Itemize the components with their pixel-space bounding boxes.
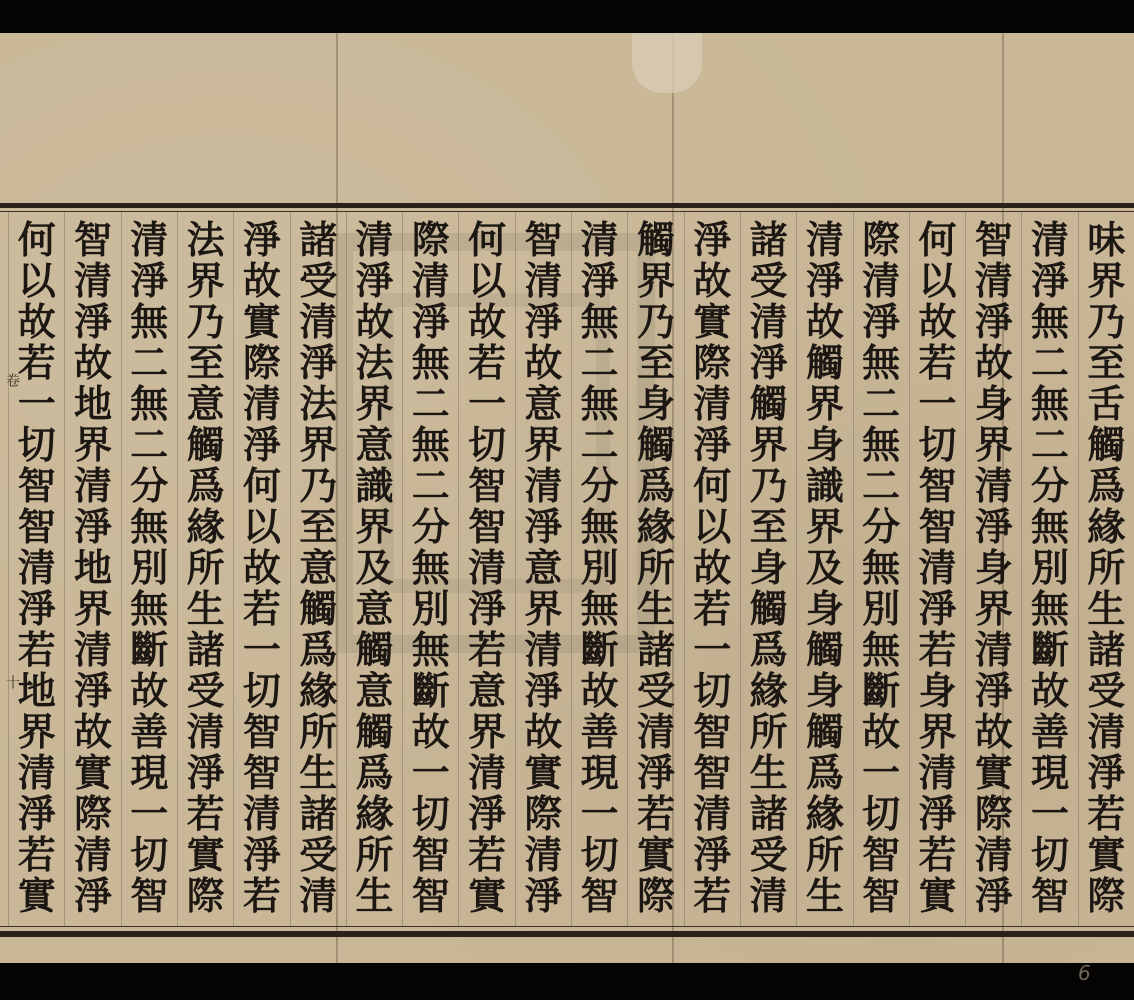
character: 二: [862, 383, 900, 424]
character: 實: [1087, 834, 1125, 875]
character: 諸: [299, 793, 337, 834]
character: 淨: [693, 834, 731, 875]
character: 智: [693, 752, 731, 793]
character: 淨: [975, 875, 1013, 916]
character: 別: [412, 588, 450, 629]
character: 生: [187, 588, 225, 629]
character: 若: [918, 342, 956, 383]
character: 淨: [468, 793, 506, 834]
character: 以: [693, 506, 731, 547]
character: 以: [18, 260, 56, 301]
character: 一: [130, 793, 168, 834]
character: 意: [355, 588, 393, 629]
character: 無: [1031, 301, 1069, 342]
character: 分: [581, 465, 619, 506]
character: 智: [524, 219, 562, 260]
text-column: 際清淨無二無二分無別無斷故一切智智: [853, 211, 909, 927]
character: 界: [299, 424, 337, 465]
character: 界: [187, 260, 225, 301]
character: 觸: [750, 588, 788, 629]
character: 乃: [187, 301, 225, 342]
character: 一: [581, 793, 619, 834]
character: 無: [862, 342, 900, 383]
text-column: 淨故實際清淨何以故若一切智智清淨若: [233, 211, 289, 927]
character: 若: [693, 588, 731, 629]
text-column: 何以故若一切智智清淨若地界清淨若實: [8, 211, 64, 927]
character: 智: [1031, 875, 1069, 916]
character: 淨: [74, 670, 112, 711]
character: 無: [412, 424, 450, 465]
character: 法: [187, 219, 225, 260]
character: 觸: [806, 629, 844, 670]
character: 分: [130, 465, 168, 506]
character: 若: [918, 834, 956, 875]
character: 生: [299, 752, 337, 793]
character: 清: [693, 793, 731, 834]
text-column: 智清淨故地界清淨地界清淨故實際清淨: [64, 211, 120, 927]
character: 別: [1031, 547, 1069, 588]
character: 實: [918, 875, 956, 916]
character: 清: [468, 752, 506, 793]
character: 清: [975, 629, 1013, 670]
character: 實: [187, 834, 225, 875]
character: 乃: [750, 465, 788, 506]
character: 味: [1087, 219, 1125, 260]
margin-volume-mark: 卷: [2, 373, 22, 387]
handwritten-page-number: 6: [1078, 961, 1091, 985]
text-column: 諸受清淨法界乃至意觸爲緣所生諸受清: [290, 211, 346, 927]
character: 智: [412, 834, 450, 875]
character: 清: [750, 875, 788, 916]
character: 淨: [693, 424, 731, 465]
text-column: 清淨無二無二分無別無斷故善現一切智: [121, 211, 177, 927]
character: 所: [355, 834, 393, 875]
character: 無: [130, 301, 168, 342]
character: 身: [750, 547, 788, 588]
character: 意: [299, 547, 337, 588]
character: 故: [243, 260, 281, 301]
character: 故: [975, 342, 1013, 383]
character: 所: [806, 834, 844, 875]
text-column: 清淨無二無二分無別無斷故善現一切智: [1021, 211, 1077, 927]
character: 現: [581, 752, 619, 793]
character: 故: [918, 301, 956, 342]
character: 清: [130, 219, 168, 260]
bottom-border-rule: [0, 931, 1134, 937]
character: 若: [18, 834, 56, 875]
character: 界: [74, 424, 112, 465]
character: 淨: [1087, 752, 1125, 793]
character: 以: [243, 506, 281, 547]
character: 實: [975, 752, 1013, 793]
character: 乃: [637, 301, 675, 342]
character: 爲: [637, 465, 675, 506]
character: 若: [637, 793, 675, 834]
text-column: 清淨故法界意識界及意觸意觸爲緣所生: [346, 211, 402, 927]
character: 淨: [243, 424, 281, 465]
character: 故: [693, 260, 731, 301]
character: 無: [130, 383, 168, 424]
character: 智: [18, 506, 56, 547]
character: 若: [468, 342, 506, 383]
character: 淨: [524, 875, 562, 916]
character: 斷: [130, 629, 168, 670]
character: 無: [412, 342, 450, 383]
character: 故: [243, 547, 281, 588]
character: 生: [750, 752, 788, 793]
character: 故: [468, 301, 506, 342]
character: 實: [637, 834, 675, 875]
character: 諸: [750, 219, 788, 260]
character: 意: [355, 424, 393, 465]
text-column: 諸受清淨觸界乃至身觸爲緣所生諸受清: [740, 211, 796, 927]
character: 清: [299, 875, 337, 916]
character: 若: [1087, 793, 1125, 834]
character: 智: [412, 875, 450, 916]
character: 故: [355, 301, 393, 342]
character: 爲: [1087, 465, 1125, 506]
character: 身: [806, 588, 844, 629]
character: 爲: [187, 465, 225, 506]
character: 生: [1087, 588, 1125, 629]
character: 智: [468, 465, 506, 506]
character: 諸: [299, 219, 337, 260]
character: 觸: [299, 588, 337, 629]
character: 故: [524, 711, 562, 752]
text-column: 淨故實際清淨何以故若一切智智清淨若: [684, 211, 740, 927]
character: 際: [693, 342, 731, 383]
character: 善: [130, 711, 168, 752]
character: 受: [187, 670, 225, 711]
character: 若: [243, 588, 281, 629]
character: 淨: [355, 260, 393, 301]
character: 清: [918, 752, 956, 793]
character: 無: [412, 629, 450, 670]
character: 際: [975, 793, 1013, 834]
character: 一: [18, 383, 56, 424]
character: 何: [693, 465, 731, 506]
character: 淨: [975, 670, 1013, 711]
character: 舌: [1087, 383, 1125, 424]
character: 二: [1031, 424, 1069, 465]
character: 地: [74, 547, 112, 588]
character: 觸: [355, 629, 393, 670]
character: 故: [581, 670, 619, 711]
character: 至: [299, 506, 337, 547]
character: 觸: [806, 342, 844, 383]
character: 別: [581, 547, 619, 588]
character: 以: [918, 260, 956, 301]
character: 及: [806, 547, 844, 588]
character: 故: [1031, 670, 1069, 711]
character: 淨: [243, 834, 281, 875]
character: 清: [918, 547, 956, 588]
character: 際: [187, 875, 225, 916]
character: 善: [1031, 711, 1069, 752]
character: 何: [468, 219, 506, 260]
character: 智: [862, 834, 900, 875]
character: 智: [468, 506, 506, 547]
character: 清: [693, 383, 731, 424]
character: 無: [130, 588, 168, 629]
character: 淨: [74, 506, 112, 547]
character: 乃: [1087, 301, 1125, 342]
character: 清: [355, 219, 393, 260]
character: 際: [524, 793, 562, 834]
text-column: 何以故若一切智智清淨若意界清淨若實: [458, 211, 514, 927]
margin-leaf-mark: 十: [2, 675, 22, 689]
character: 智: [243, 711, 281, 752]
character: 地: [18, 670, 56, 711]
character: 至: [637, 342, 675, 383]
character: 界: [975, 588, 1013, 629]
character: 受: [637, 670, 675, 711]
character: 界: [637, 260, 675, 301]
character: 清: [1087, 711, 1125, 752]
character: 淨: [299, 342, 337, 383]
paper-damage: [632, 33, 702, 93]
character: 至: [750, 506, 788, 547]
top-border-rule: [0, 203, 1134, 208]
character: 清: [524, 260, 562, 301]
character: 實: [693, 301, 731, 342]
character: 分: [412, 506, 450, 547]
character: 觸: [355, 711, 393, 752]
character: 清: [299, 301, 337, 342]
character: 觸: [637, 424, 675, 465]
character: 際: [412, 219, 450, 260]
character: 界: [750, 424, 788, 465]
character: 無: [581, 383, 619, 424]
character: 爲: [806, 752, 844, 793]
character: 淨: [74, 301, 112, 342]
character: 清: [243, 793, 281, 834]
character: 際: [637, 875, 675, 916]
character: 現: [130, 752, 168, 793]
character: 清: [524, 834, 562, 875]
character: 身: [637, 383, 675, 424]
character: 清: [637, 711, 675, 752]
character: 何: [243, 465, 281, 506]
character: 智: [130, 875, 168, 916]
character: 身: [806, 424, 844, 465]
character: 際: [862, 219, 900, 260]
character: 淨: [524, 670, 562, 711]
character: 故: [524, 342, 562, 383]
character: 切: [693, 670, 731, 711]
character: 界: [806, 383, 844, 424]
character: 緣: [637, 506, 675, 547]
character: 諸: [1087, 629, 1125, 670]
character: 切: [18, 424, 56, 465]
character: 一: [1031, 793, 1069, 834]
character: 淨: [693, 219, 731, 260]
character: 智: [581, 875, 619, 916]
character: 無: [581, 506, 619, 547]
character: 何: [918, 219, 956, 260]
character: 清: [524, 629, 562, 670]
character: 爲: [355, 752, 393, 793]
character: 所: [187, 547, 225, 588]
character: 淨: [862, 301, 900, 342]
character: 實: [243, 301, 281, 342]
character: 若: [18, 342, 56, 383]
character: 若: [187, 793, 225, 834]
character: 淨: [918, 793, 956, 834]
text-column: 味界乃至舌觸爲緣所生諸受清淨若實際: [1078, 211, 1134, 927]
character: 所: [299, 711, 337, 752]
character: 法: [355, 342, 393, 383]
text-column: 際清淨無二無二分無別無斷故一切智智: [402, 211, 458, 927]
character: 受: [299, 260, 337, 301]
character: 若: [918, 629, 956, 670]
character: 以: [468, 260, 506, 301]
character: 所: [750, 711, 788, 752]
character: 界: [918, 711, 956, 752]
character: 清: [862, 260, 900, 301]
character: 清: [74, 260, 112, 301]
character: 無: [862, 547, 900, 588]
character: 識: [806, 465, 844, 506]
character: 觸: [806, 711, 844, 752]
character: 界: [975, 424, 1013, 465]
character: 二: [130, 424, 168, 465]
text-column: 法界乃至意觸爲緣所生諸受清淨若實際: [177, 211, 233, 927]
character: 淨: [243, 219, 281, 260]
character: 淨: [187, 752, 225, 793]
character: 淨: [975, 301, 1013, 342]
character: 二: [1031, 342, 1069, 383]
character: 清: [975, 465, 1013, 506]
character: 清: [74, 465, 112, 506]
character: 斷: [412, 670, 450, 711]
character: 界: [524, 424, 562, 465]
character: 實: [74, 752, 112, 793]
character: 若: [693, 875, 731, 916]
character: 切: [130, 834, 168, 875]
character: 緣: [1087, 506, 1125, 547]
character: 身: [918, 670, 956, 711]
character: 清: [750, 301, 788, 342]
character: 無: [862, 629, 900, 670]
character: 清: [74, 629, 112, 670]
character: 清: [187, 711, 225, 752]
character: 切: [412, 793, 450, 834]
character: 身: [975, 547, 1013, 588]
character: 實: [524, 752, 562, 793]
text-column: 智清淨故意界清淨意界清淨故實際清淨: [515, 211, 571, 927]
character: 淨: [806, 260, 844, 301]
character: 清: [806, 219, 844, 260]
character: 清: [412, 260, 450, 301]
character: 無: [862, 424, 900, 465]
character: 觸: [187, 424, 225, 465]
character: 清: [975, 834, 1013, 875]
character: 淨: [130, 260, 168, 301]
character: 所: [637, 547, 675, 588]
character: 故: [412, 711, 450, 752]
character: 清: [975, 260, 1013, 301]
character: 智: [918, 506, 956, 547]
character: 無: [130, 506, 168, 547]
character: 若: [243, 875, 281, 916]
character: 故: [18, 301, 56, 342]
character: 切: [1031, 834, 1069, 875]
text-column: 何以故若一切智智清淨若身界清淨若實: [909, 211, 965, 927]
character: 受: [1087, 670, 1125, 711]
character: 智: [18, 465, 56, 506]
character: 智: [975, 219, 1013, 260]
character: 一: [693, 629, 731, 670]
text-column: 智清淨故身界清淨身界清淨故實際清淨: [965, 211, 1021, 927]
character: 斷: [1031, 629, 1069, 670]
character: 身: [806, 670, 844, 711]
character: 識: [355, 465, 393, 506]
character: 觸: [1087, 424, 1125, 465]
character: 智: [74, 219, 112, 260]
character: 故: [74, 711, 112, 752]
character: 淨: [1031, 260, 1069, 301]
character: 切: [581, 834, 619, 875]
character: 緣: [355, 793, 393, 834]
character: 智: [693, 711, 731, 752]
text-column: 觸界乃至身觸爲緣所生諸受清淨若實際: [627, 211, 683, 927]
character: 若: [468, 834, 506, 875]
character: 緣: [750, 670, 788, 711]
character: 緣: [187, 506, 225, 547]
character: 意: [524, 383, 562, 424]
character: 界: [806, 506, 844, 547]
character: 二: [412, 465, 450, 506]
character: 一: [412, 752, 450, 793]
character: 切: [918, 424, 956, 465]
character: 無: [412, 547, 450, 588]
character: 生: [806, 875, 844, 916]
character: 所: [1087, 547, 1125, 588]
character: 受: [750, 260, 788, 301]
character: 一: [918, 383, 956, 424]
text-column: 清淨無二無二分無別無斷故善現一切智: [571, 211, 627, 927]
character: 受: [299, 834, 337, 875]
character: 淨: [581, 260, 619, 301]
character: 智: [243, 752, 281, 793]
character: 緣: [806, 793, 844, 834]
text-column: 清淨故觸界身識界及身觸身觸爲緣所生: [796, 211, 852, 927]
character: 智: [862, 875, 900, 916]
scanned-page: 味界乃至舌觸爲緣所生諸受清淨若實際清淨無二無二分無別無斷故善現一切智智清淨故身界…: [0, 33, 1134, 963]
character: 二: [862, 465, 900, 506]
character: 法: [299, 383, 337, 424]
character: 無: [1031, 383, 1069, 424]
character: 清: [74, 834, 112, 875]
character: 故: [130, 670, 168, 711]
character: 界: [74, 588, 112, 629]
character: 若: [18, 629, 56, 670]
character: 淨: [750, 342, 788, 383]
character: 二: [130, 342, 168, 383]
character: 切: [862, 793, 900, 834]
text-columns: 味界乃至舌觸爲緣所生諸受清淨若實際清淨無二無二分無別無斷故善現一切智智清淨故身界…: [8, 211, 1134, 927]
character: 清: [18, 752, 56, 793]
character: 淨: [975, 506, 1013, 547]
character: 一: [468, 383, 506, 424]
character: 故: [693, 547, 731, 588]
character: 意: [524, 547, 562, 588]
character: 際: [74, 793, 112, 834]
character: 至: [1087, 342, 1125, 383]
character: 清: [468, 547, 506, 588]
character: 分: [1031, 465, 1069, 506]
